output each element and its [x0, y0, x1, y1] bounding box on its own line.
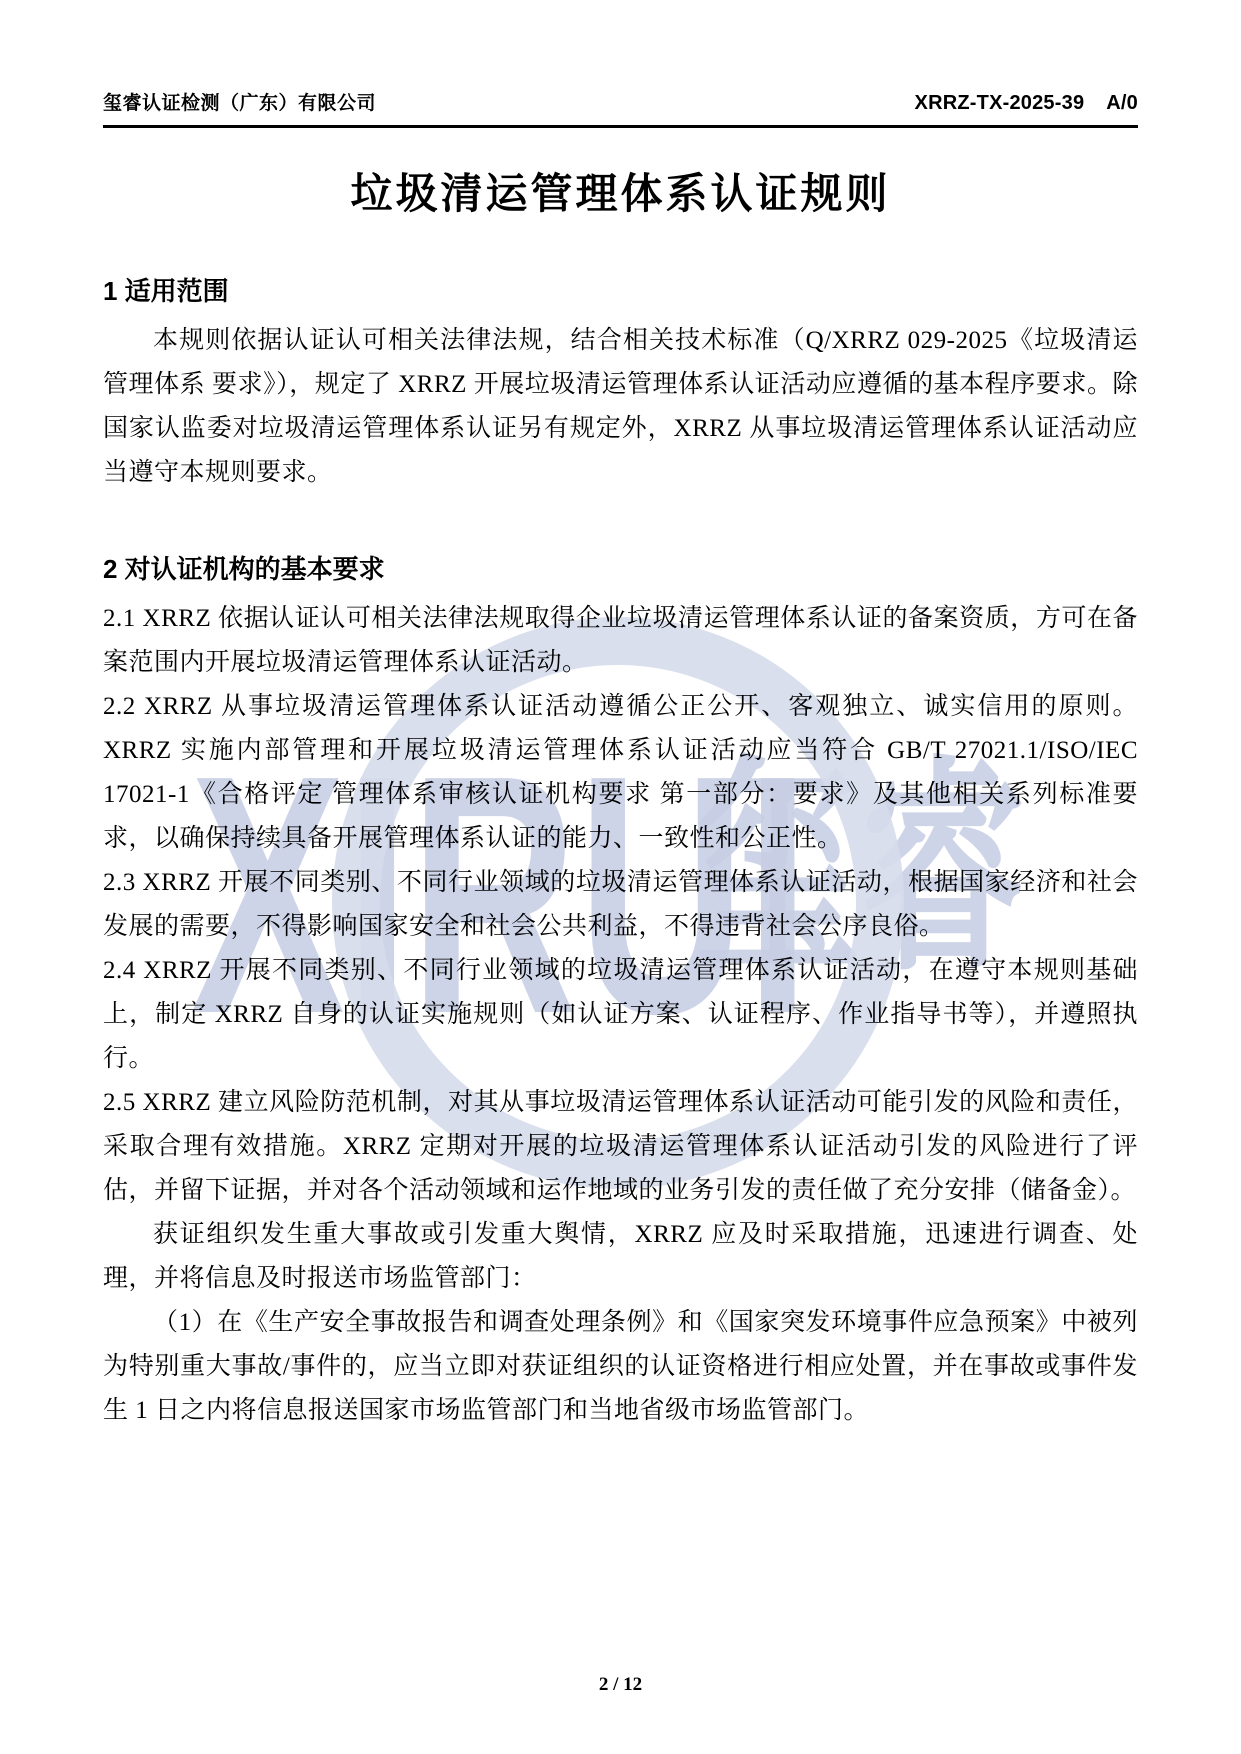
section-heading-scope: 1 适用范围	[103, 273, 1138, 309]
document-page: XIRUI 玺睿 玺睿认证检测（广东）有限公司 XRRZ-TX-2025-39A…	[0, 0, 1241, 1754]
page-number: 2 / 12	[0, 1674, 1241, 1696]
page-content: 玺睿认证检测（广东）有限公司 XRRZ-TX-2025-39A/0 垃圾清运管理…	[0, 0, 1241, 1433]
clause-2-2: 2.2 XRRZ 从事垃圾清运管理体系认证活动遵循公正公开、客观独立、诚实信用的…	[103, 685, 1138, 861]
clause-item-1: （1）在《生产安全事故报告和调查处理条例》和《国家突发环境事件应急预案》中被列为…	[103, 1301, 1138, 1433]
page-title: 垃圾清运管理体系认证规则	[103, 166, 1138, 223]
clause-2-4: 2.4 XRRZ 开展不同类别、不同行业领域的垃圾清运管理体系认证活动，在遵守本…	[103, 949, 1138, 1081]
clause-2-5: 2.5 XRRZ 建立风险防范机制，对其从事垃圾清运管理体系认证活动可能引发的风…	[103, 1081, 1138, 1213]
section-heading-basic-requirements: 2 对认证机构的基本要求	[103, 551, 1138, 587]
page-header: 玺睿认证检测（广东）有限公司 XRRZ-TX-2025-39A/0	[103, 88, 1138, 115]
header-rule	[103, 125, 1138, 128]
clause-scope-text: 本规则依据认证认可相关法律法规，结合相关技术标准（Q/XRRZ 029-2025…	[103, 319, 1138, 495]
company-name: 玺睿认证检测（广东）有限公司	[103, 88, 376, 115]
clause-2-3: 2.3 XRRZ 开展不同类别、不同行业领域的垃圾清运管理体系认证活动，根据国家…	[103, 861, 1138, 949]
section-scope: 1 适用范围 本规则依据认证认可相关法律法规，结合相关技术标准（Q/XRRZ 0…	[103, 273, 1138, 495]
clause-major-incident: 获证组织发生重大事故或引发重大舆情，XRRZ 应及时采取措施，迅速进行调查、处理…	[103, 1213, 1138, 1301]
revision-code: A/0	[1106, 92, 1138, 114]
section-basic-requirements: 2 对认证机构的基本要求 2.1 XRRZ 依据认证认可相关法律法规取得企业垃圾…	[103, 551, 1138, 1433]
document-code: XRRZ-TX-2025-39	[915, 92, 1085, 114]
clause-2-1: 2.1 XRRZ 依据认证认可相关法律法规取得企业垃圾清运管理体系认证的备案资质…	[103, 597, 1138, 685]
document-code-group: XRRZ-TX-2025-39A/0	[915, 92, 1138, 115]
